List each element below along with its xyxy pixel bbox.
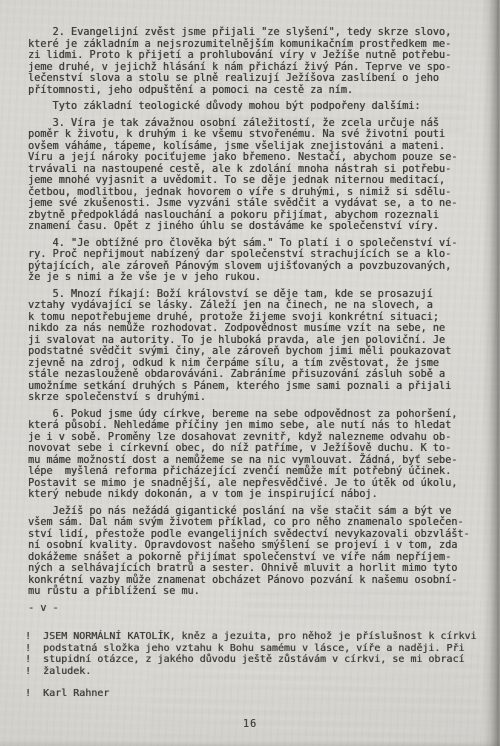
text-line: přítomnosti, jeho odpuštění a pomoci na … bbox=[28, 85, 483, 97]
text-line: je i v sobě. Proměny lze dosahovat zevni… bbox=[28, 432, 483, 444]
text-line: ! žaludek. bbox=[25, 666, 487, 678]
text-line: ní osobní kvality. Opravdovost našeho sm… bbox=[28, 540, 483, 552]
text-line: Ježíš po nás nežádá gigantické poslání n… bbox=[28, 506, 483, 518]
text-line: vztahy vydávající se lásky. Záleží jen n… bbox=[28, 300, 483, 312]
paragraph: - v - bbox=[28, 603, 483, 615]
text-line: dokážeme snášet a pokorně přijímat spole… bbox=[28, 552, 483, 564]
scan-edge-shadow-bottom bbox=[0, 740, 500, 746]
text-line: trvávali na nastoupené cestě, ale k zdol… bbox=[28, 164, 483, 176]
scanned-document-page: 2. Evangelijní zvěst jsme přijali "ze sl… bbox=[0, 0, 500, 746]
text-line: ných a selhávajících bratrů a sester. Oh… bbox=[28, 563, 483, 575]
text-line: podstatné svědčit svými činy, ale zárove… bbox=[28, 346, 483, 358]
text-line: k tomu nepotřebujeme druhé, protože žije… bbox=[28, 312, 483, 324]
text-line: ! podstatná složka jeho vztahu k Bohu sa… bbox=[25, 643, 487, 655]
text-line: ! stupidní otázce, z jakého důvodu ještě… bbox=[25, 654, 487, 666]
text-line: ovšem váháme, tápeme, kolísáme, jsme vše… bbox=[28, 141, 483, 153]
paragraph: Ježíš po nás nežádá gigantické poslání n… bbox=[28, 506, 483, 598]
text-line: Postavit se mimo je snadnější, ale nepře… bbox=[28, 478, 483, 490]
text-line: zi lidmi. Proto k přijetí a prohlubování… bbox=[28, 50, 483, 62]
text-line: Tyto základní teologické důvody mohou bý… bbox=[28, 101, 483, 113]
text-line: Víru a její nároky pociťujeme jako břeme… bbox=[28, 152, 483, 164]
paragraph: 2. Evangelijní zvěst jsme přijali "ze sl… bbox=[28, 27, 483, 96]
paragraph: 3. Víra je tak závažnou osobní záležitos… bbox=[28, 118, 483, 233]
paragraph: 5. Mnozí říkají: Boží království se děje… bbox=[28, 289, 483, 404]
text-line: ! JSEM NORMÁLNÍ KATOLÍK, kněz a jezuita,… bbox=[25, 631, 487, 643]
text-line: poměr k životu, k druhým i ke všemu stvo… bbox=[28, 129, 483, 141]
text-line: ji svalovat na autority. To je hluboká p… bbox=[28, 335, 483, 347]
text-line: 5. Mnozí říkají: Boží království se děje… bbox=[28, 289, 483, 301]
text-line: nikdo za nás nemůže rozhodovat. Zodpověd… bbox=[28, 323, 483, 335]
text-line: jeme mnohé vyjasnit a uvědomit. To se dě… bbox=[28, 175, 483, 187]
text-line: mu růstu a přiblížení se mu. bbox=[28, 586, 483, 598]
text-line: jeme své zkušenosti. Jsme vyzváni stále … bbox=[28, 198, 483, 210]
text-line: 3. Víra je tak závažnou osobní záležitos… bbox=[28, 118, 483, 130]
text-line: ství lidí, přestože podle evangelijních … bbox=[28, 529, 483, 541]
text-line: všem sám. Dal nám svým životem příklad, … bbox=[28, 517, 483, 529]
text-line: 2. Evangelijní zvěst jsme přijali "ze sl… bbox=[28, 27, 483, 39]
text-line: jeme druhé, v jejichž hlásání k nám přic… bbox=[28, 62, 483, 74]
text-line: umožníme setkání druhých s Pánem, kteréh… bbox=[28, 381, 483, 393]
text-line: lépe myšlená reforma přicházející zvenčí… bbox=[28, 466, 483, 478]
text-line: který nebude nikdy dokonán, a v tom je i… bbox=[28, 489, 483, 501]
text-line: 6. Pokud jsme údy církve, bereme na sebe… bbox=[28, 409, 483, 421]
text-line: 4. "Je obtížné pro člověka být sám." To … bbox=[28, 238, 483, 250]
text-line: ry. Proč nepřijmout nabízený dar společe… bbox=[28, 249, 483, 261]
paragraph: 4. "Je obtížné pro člověka být sám." To … bbox=[28, 238, 483, 284]
quote-attribution: ! Karl Rahner bbox=[25, 688, 487, 700]
text-line: které je základním a nejsrozumitelnějším… bbox=[28, 39, 483, 51]
text-line: pýtajících, ale zároveň Pánovým slovem u… bbox=[28, 261, 483, 273]
text-line: konkrétní vazby může znamenat obcházet P… bbox=[28, 575, 483, 587]
text-line: skrze společenství s druhými. bbox=[28, 392, 483, 404]
text-line: znamení času. Opět z jiného úhlu se dost… bbox=[28, 221, 483, 233]
text-line: zbytně předpokládá naslouchání a pokoru … bbox=[28, 210, 483, 222]
text-line: že je s nimi a že vše je v jeho rukou. bbox=[28, 272, 483, 284]
text-line: četbou, modlitbou, jednak hovorem o víře… bbox=[28, 187, 483, 199]
text-line: novovat sebe i církevní obec, do níž pat… bbox=[28, 443, 483, 455]
quote-block: ! JSEM NORMÁLNÍ KATOLÍK, kněz a jezuita,… bbox=[25, 631, 487, 700]
text-line: lečenství slova a stolu se plně realizuj… bbox=[28, 73, 483, 85]
paragraph: Tyto základní teologické důvody mohou bý… bbox=[28, 101, 483, 113]
text-line: stále nezaslouženě obdarováváni. Zabrání… bbox=[28, 369, 483, 381]
text-line: - v - bbox=[28, 603, 483, 615]
document-body: 2. Evangelijní zvěst jsme přijali "ze sl… bbox=[28, 27, 483, 619]
paragraph: 6. Pokud jsme údy církve, bereme na sebe… bbox=[28, 409, 483, 501]
page-number: 16 bbox=[0, 719, 500, 730]
quote-lines: ! JSEM NORMÁLNÍ KATOLÍK, kněz a jezuita,… bbox=[25, 631, 487, 678]
text-line: mu máme možností dost a nemůžeme se na n… bbox=[28, 455, 483, 467]
text-line: která působí. Nehledáme příčiny jen mimo… bbox=[28, 420, 483, 432]
text-line: zjevně na zdroj, odkud k nim čerpáme síl… bbox=[28, 358, 483, 370]
